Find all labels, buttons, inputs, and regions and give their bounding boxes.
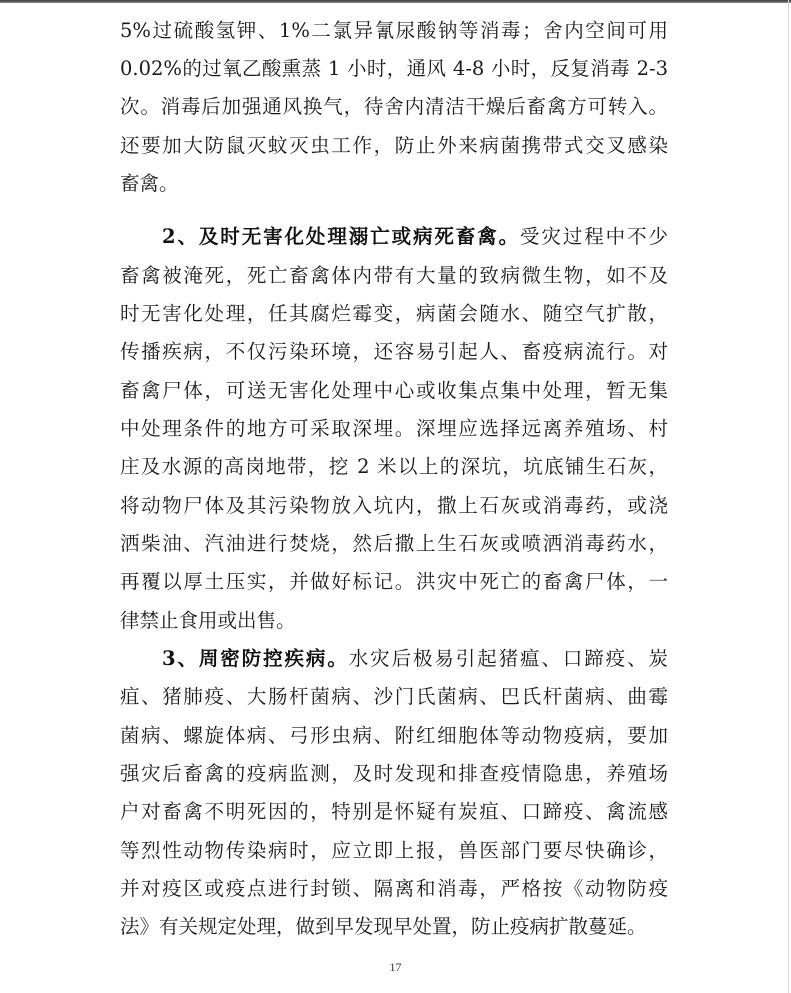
paragraph-first-line: 3、周密防控疾病。水灾后极易引起猪瘟、口蹄疫、炭 <box>162 644 668 682</box>
section-heading-3: 3、周密防控疾病。 <box>162 647 349 670</box>
text-line: 次。消毒后加强通风换气，待舍内清洁干燥后畜禽方可转入。 <box>120 92 668 130</box>
paragraph-first-line: 2、及时无害化处理溺亡或病死畜禽。受灾过程中不少 <box>162 222 668 260</box>
text-run: 受灾过程中不少 <box>520 225 668 248</box>
text-line: 强灾后畜禽的疫病监测，及时发现和排查疫情隐患，养殖场 <box>120 759 668 797</box>
text-line: 再覆以厚土压实，并做好标记。洪灾中死亡的畜禽尸体，一 <box>120 567 668 605</box>
text-line: 传播疾病，不仅污染环境，还容易引起人、畜疫病流行。对 <box>120 337 668 375</box>
text-line: 法》有关规定处理，做到早发现早处置，防止疫病扩散蔓延。 <box>120 912 668 950</box>
text-line: 时无害化处理，任其腐烂霉变，病菌会随水、随空气扩散， <box>120 299 668 337</box>
text-line: 庄及水源的高岗地带，挖 2 米以上的深坑，坑底铺生石灰， <box>120 452 668 490</box>
page-number: 17 <box>0 960 791 975</box>
text-line: 中处理条件的地方可采取深埋。深埋应选择远离养殖场、村 <box>120 414 668 452</box>
text-line: 0.02%的过氧乙酸熏蒸 1 小时，通风 4-8 小时，反复消毒 2-3 <box>120 54 668 92</box>
page-right-edge <box>788 0 789 993</box>
text-line: 将动物尸体及其污染物放入坑内，撒上石灰或消毒药，或浇 <box>120 491 668 529</box>
section-heading-2: 2、及时无害化处理溺亡或病死畜禽。 <box>162 225 520 248</box>
text-line: 畜禽尸体，可送无害化处理中心或收集点集中处理，暂无集 <box>120 376 668 414</box>
text-line: 并对疫区或疫点进行封锁、隔离和消毒，严格按《动物防疫 <box>120 874 668 912</box>
page-top-border <box>0 0 791 3</box>
text-run: 水灾后极易引起猪瘟、口蹄疫、炭 <box>349 647 668 670</box>
text-line: 畜禽被淹死，死亡畜禽体内带有大量的致病微生物，如不及 <box>120 261 668 299</box>
text-line: 5%过硫酸氢钾、1%二氯异氰尿酸钠等消毒；舍内空间可用 <box>120 16 668 54</box>
text-line: 洒柴油、汽油进行焚烧，然后撒上生石灰或喷洒消毒药水， <box>120 529 668 567</box>
text-line: 畜禽。 <box>120 169 668 207</box>
text-line: 户对畜禽不明死因的，特别是怀疑有炭疽、口蹄疫、禽流感 <box>120 797 668 835</box>
text-line: 疽、猪肺疫、大肠杆菌病、沙门氏菌病、巴氏杆菌病、曲霉 <box>120 682 668 720</box>
text-line: 还要加大防鼠灭蚊灭虫工作，防止外来病菌携带式交叉感染 <box>120 131 668 169</box>
text-line: 等烈性动物传染病时，应立即上报，兽医部门要尽快确诊， <box>120 836 668 874</box>
text-line: 律禁止食用或出售。 <box>120 606 668 644</box>
text-line: 菌病、螺旋体病、弓形虫病、附红细胞体等动物疫病，要加 <box>120 721 668 759</box>
